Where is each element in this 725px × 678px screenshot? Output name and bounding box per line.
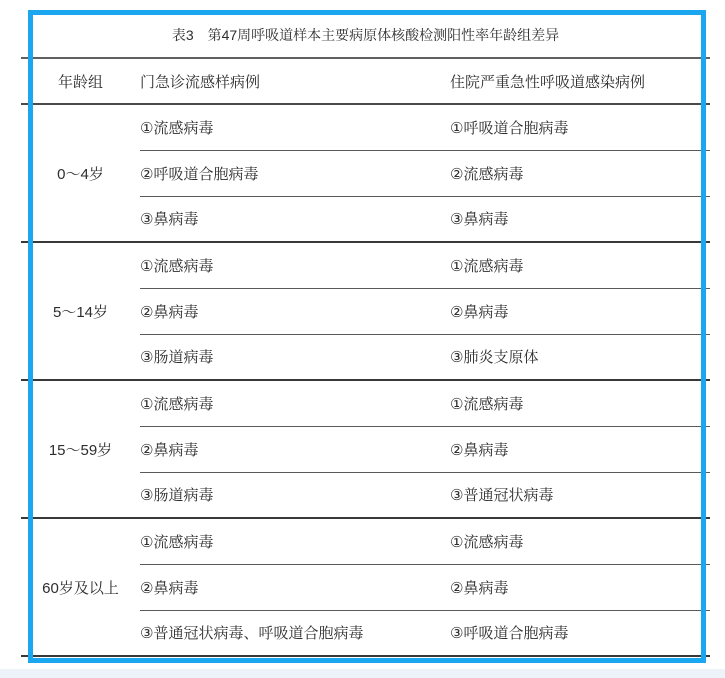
table-title-row: 表3 第47周呼吸道样本主要病原体核酸检测阳性率年龄组差异 [21, 12, 710, 58]
outpatient-pathogen-cell: ②鼻病毒 [140, 288, 450, 334]
screenshot-canvas: 表3 第47周呼吸道样本主要病原体核酸检测阳性率年龄组差异 年龄组 门急诊流感样… [0, 0, 725, 678]
inpatient-pathogen-cell: ②鼻病毒 [450, 426, 710, 472]
outpatient-pathogen-cell: ①流感病毒 [140, 104, 450, 150]
outpatient-pathogen-cell: ②鼻病毒 [140, 564, 450, 610]
age-group-cell: 0～4岁 [21, 104, 140, 242]
outpatient-pathogen-cell: ②呼吸道合胞病毒 [140, 150, 450, 196]
pathogen-positivity-table: 表3 第47周呼吸道样本主要病原体核酸检测阳性率年龄组差异 年龄组 门急诊流感样… [21, 12, 710, 657]
inpatient-pathogen-cell: ③鼻病毒 [450, 196, 710, 242]
col-header-age-group: 年龄组 [21, 58, 140, 104]
inpatient-pathogen-cell: ②鼻病毒 [450, 564, 710, 610]
page-bottom-strip [0, 669, 725, 678]
outpatient-pathogen-cell: ③普通冠状病毒、呼吸道合胞病毒 [140, 610, 450, 656]
inpatient-pathogen-cell: ③普通冠状病毒 [450, 472, 710, 518]
table-row: 0～4岁①流感病毒①呼吸道合胞病毒 [21, 104, 710, 150]
inpatient-pathogen-cell: ②鼻病毒 [450, 288, 710, 334]
inpatient-pathogen-cell: ③肺炎支原体 [450, 334, 710, 380]
outpatient-pathogen-cell: ③鼻病毒 [140, 196, 450, 242]
inpatient-pathogen-cell: ①呼吸道合胞病毒 [450, 104, 710, 150]
col-header-inpatient-sari: 住院严重急性呼吸道感染病例 [450, 58, 710, 104]
age-group-cell: 60岁及以上 [21, 518, 140, 656]
inpatient-pathogen-cell: ①流感病毒 [450, 380, 710, 426]
table-row: 15～59岁①流感病毒①流感病毒 [21, 380, 710, 426]
table-header-row: 年龄组 门急诊流感样病例 住院严重急性呼吸道感染病例 [21, 58, 710, 104]
outpatient-pathogen-cell: ③肠道病毒 [140, 334, 450, 380]
age-group-cell: 15～59岁 [21, 380, 140, 518]
outpatient-pathogen-cell: ①流感病毒 [140, 380, 450, 426]
outpatient-pathogen-cell: ③肠道病毒 [140, 472, 450, 518]
age-group-cell: 5～14岁 [21, 242, 140, 380]
inpatient-pathogen-cell: ③呼吸道合胞病毒 [450, 610, 710, 656]
outpatient-pathogen-cell: ②鼻病毒 [140, 426, 450, 472]
outpatient-pathogen-cell: ①流感病毒 [140, 242, 450, 288]
inpatient-pathogen-cell: ②流感病毒 [450, 150, 710, 196]
table-row: 60岁及以上①流感病毒①流感病毒 [21, 518, 710, 564]
inpatient-pathogen-cell: ①流感病毒 [450, 518, 710, 564]
col-header-outpatient-ili: 门急诊流感样病例 [140, 58, 450, 104]
table-title: 表3 第47周呼吸道样本主要病原体核酸检测阳性率年龄组差异 [21, 12, 710, 58]
inpatient-pathogen-cell: ①流感病毒 [450, 242, 710, 288]
outpatient-pathogen-cell: ①流感病毒 [140, 518, 450, 564]
table-row: 5～14岁①流感病毒①流感病毒 [21, 242, 710, 288]
